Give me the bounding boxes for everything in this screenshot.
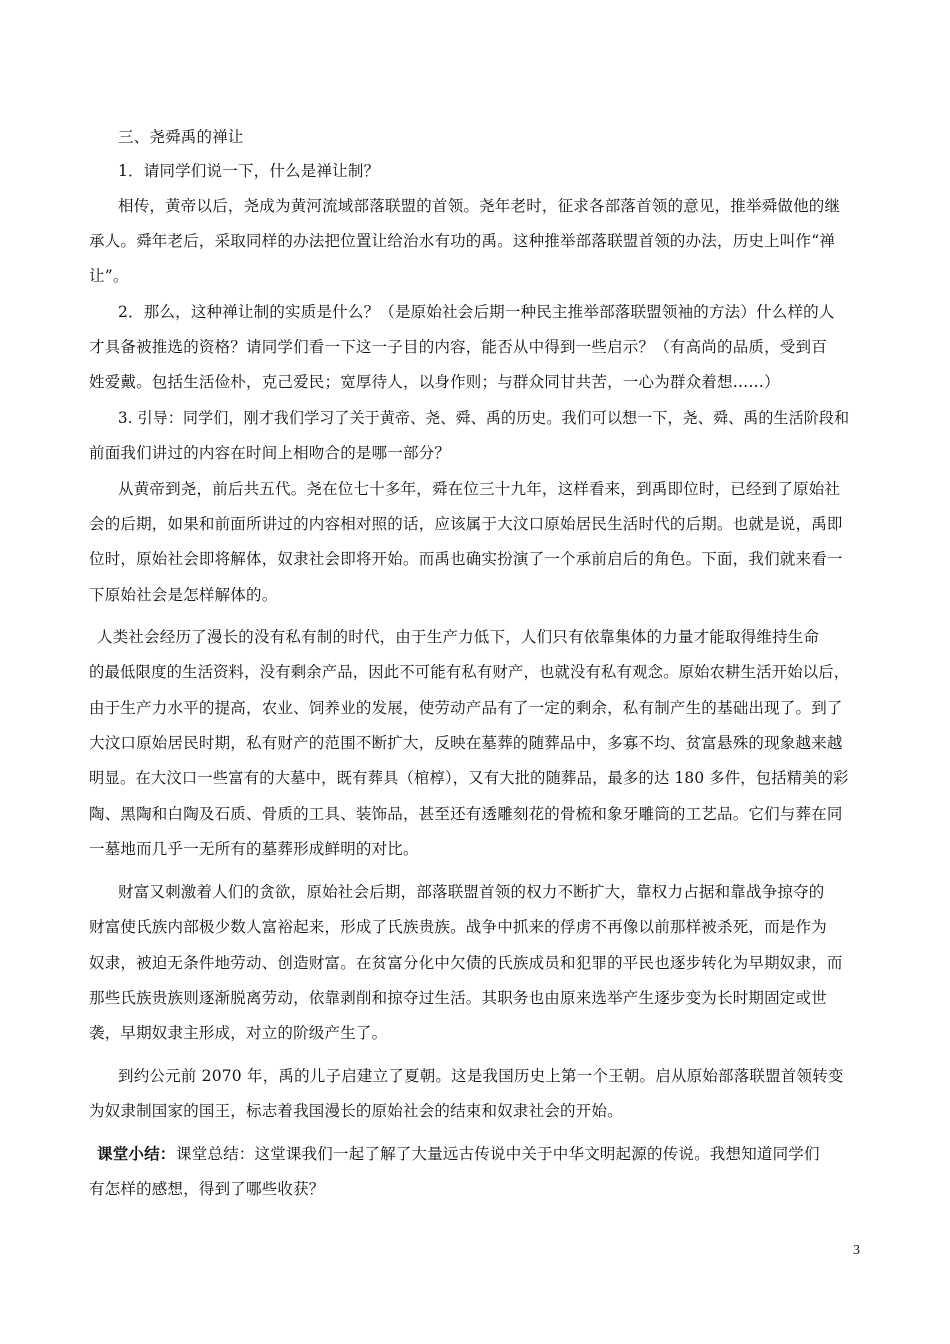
text-line: 人类社会经历了漫长的没有私有制的时代，由于生产力低下，人们只有依靠集体的力量才能…: [97, 627, 819, 647]
text-line: 财富又刺激着人们的贪欲，原始社会后期，部落联盟首领的权力不断扩大，靠权力占据和靠…: [118, 882, 825, 902]
text-line: 姓爱戴。包括生活俭朴，克己爱民；宽厚待人，以身作则；与群众同甘共苦，一心为群众着…: [89, 372, 780, 392]
text-line: 3. 引导：同学们，刚才我们学习了关于黄帝、尧、舜、禹的历史。我们可以想一下，尧…: [118, 408, 849, 428]
document-page: 课堂小结： 课堂总结：这堂课我们一起了解了大量远古传说中关于中华文明起源的传说。…: [0, 0, 950, 1344]
text-line: 奴隶，被迫无条件地劳动、创造财富。在贫富分化中欠债的氏族成员和犯罪的平民也逐步转…: [89, 953, 843, 973]
summary-label: 课堂小结：: [97, 1144, 176, 1164]
text-line: 位时，原始社会即将解体，奴隶社会即将开始。而禹也确实扮演了一个承前启后的角色。下…: [89, 549, 843, 569]
summary-text-line-1: 课堂总结：这堂课我们一起了解了大量远古传说中关于中华文明起源的传说。我想知道同学…: [176, 1144, 820, 1164]
text-line: 前面我们讲过的内容在时间上相吻合的是哪一部分？: [89, 443, 450, 463]
text-line: 相传，黄帝以后，尧成为黄河流域部落联盟的首领。尧年老时，征求各部落首领的意见，推…: [118, 196, 840, 216]
text-line: 陶、黑陶和白陶及石质、骨质的工具、装饰品，甚至还有透雕刻花的骨梳和象牙雕筒的工艺…: [89, 804, 843, 824]
page-number: 3: [853, 1243, 860, 1259]
text-line: 大汶口原始居民时期，私有财产的范围不断扩大，反映在墓葬的随葬品中，多寡不均、贫富…: [89, 733, 843, 753]
text-line: 让”。: [89, 266, 129, 286]
summary-text-line-2: 有怎样的感想，得到了哪些收获？: [89, 1179, 325, 1199]
text-line: 从黄帝到尧，前后共五代。尧在位七十多年，舜在位三十九年，这样看来，到禹即位时，已…: [118, 479, 840, 499]
text-line: 1．请同学们说一下，什么是禅让制？: [118, 161, 379, 181]
text-line: 袭，早期奴隶主形成，对立的阶级产生了。: [89, 1023, 387, 1043]
text-line: 为奴隶制国家的国王，标志着我国漫长的原始社会的结束和奴隶社会的开始。: [89, 1101, 623, 1121]
text-line: 下原始社会是怎样解体的。: [89, 585, 277, 605]
text-line: 到约公元前 2070 年，禹的儿子启建立了夏朝。这是我国历史上第一个王朝。启从原…: [118, 1066, 844, 1086]
text-line: 明显。在大汶口一些富有的大墓中，既有葬具（棺椁），又有大批的随葬品，最多的达 1…: [89, 768, 849, 788]
text-line: 由于生产力水平的提高，农业、饲养业的发展，使劳动产品有了一定的剩余，私有制产生的…: [89, 698, 843, 718]
text-line: 承人。舜年老后，采取同样的办法把位置让给治水有功的禹。这种推举部落联盟首领的办法…: [89, 231, 835, 251]
text-line: 财富使氏族内部极少数人富裕起来，形成了氏族贵族。战争中抓来的俘虏不再像以前那样被…: [89, 917, 827, 937]
text-line: 三、尧舜禹的禅让: [118, 127, 244, 147]
text-line: 一墓地而几乎一无所有的墓葬形成鲜明的对比。: [89, 839, 419, 859]
text-line: 那些氏族贵族则逐渐脱离劳动，依靠剥削和掠夺过生活。其职务也由原来选举产生逐步变为…: [89, 988, 827, 1008]
text-line: 会的后期，如果和前面所讲过的内容相对照的话，应该属于大汶口原始居民生活时代的后期…: [89, 514, 843, 534]
text-line: 的最低限度的生活资料，没有剩余产品，因此不可能有私有财产，也就没有私有观念。原始…: [89, 662, 849, 682]
text-line: 才具备被推选的资格？请同学们看一下这一子目的内容，能否从中得到一些启示？（有高尚…: [89, 337, 827, 357]
text-line: 2．那么，这种禅让制的实质是什么？（是原始社会后期一种民主推举部落联盟领袖的方法…: [118, 302, 835, 322]
